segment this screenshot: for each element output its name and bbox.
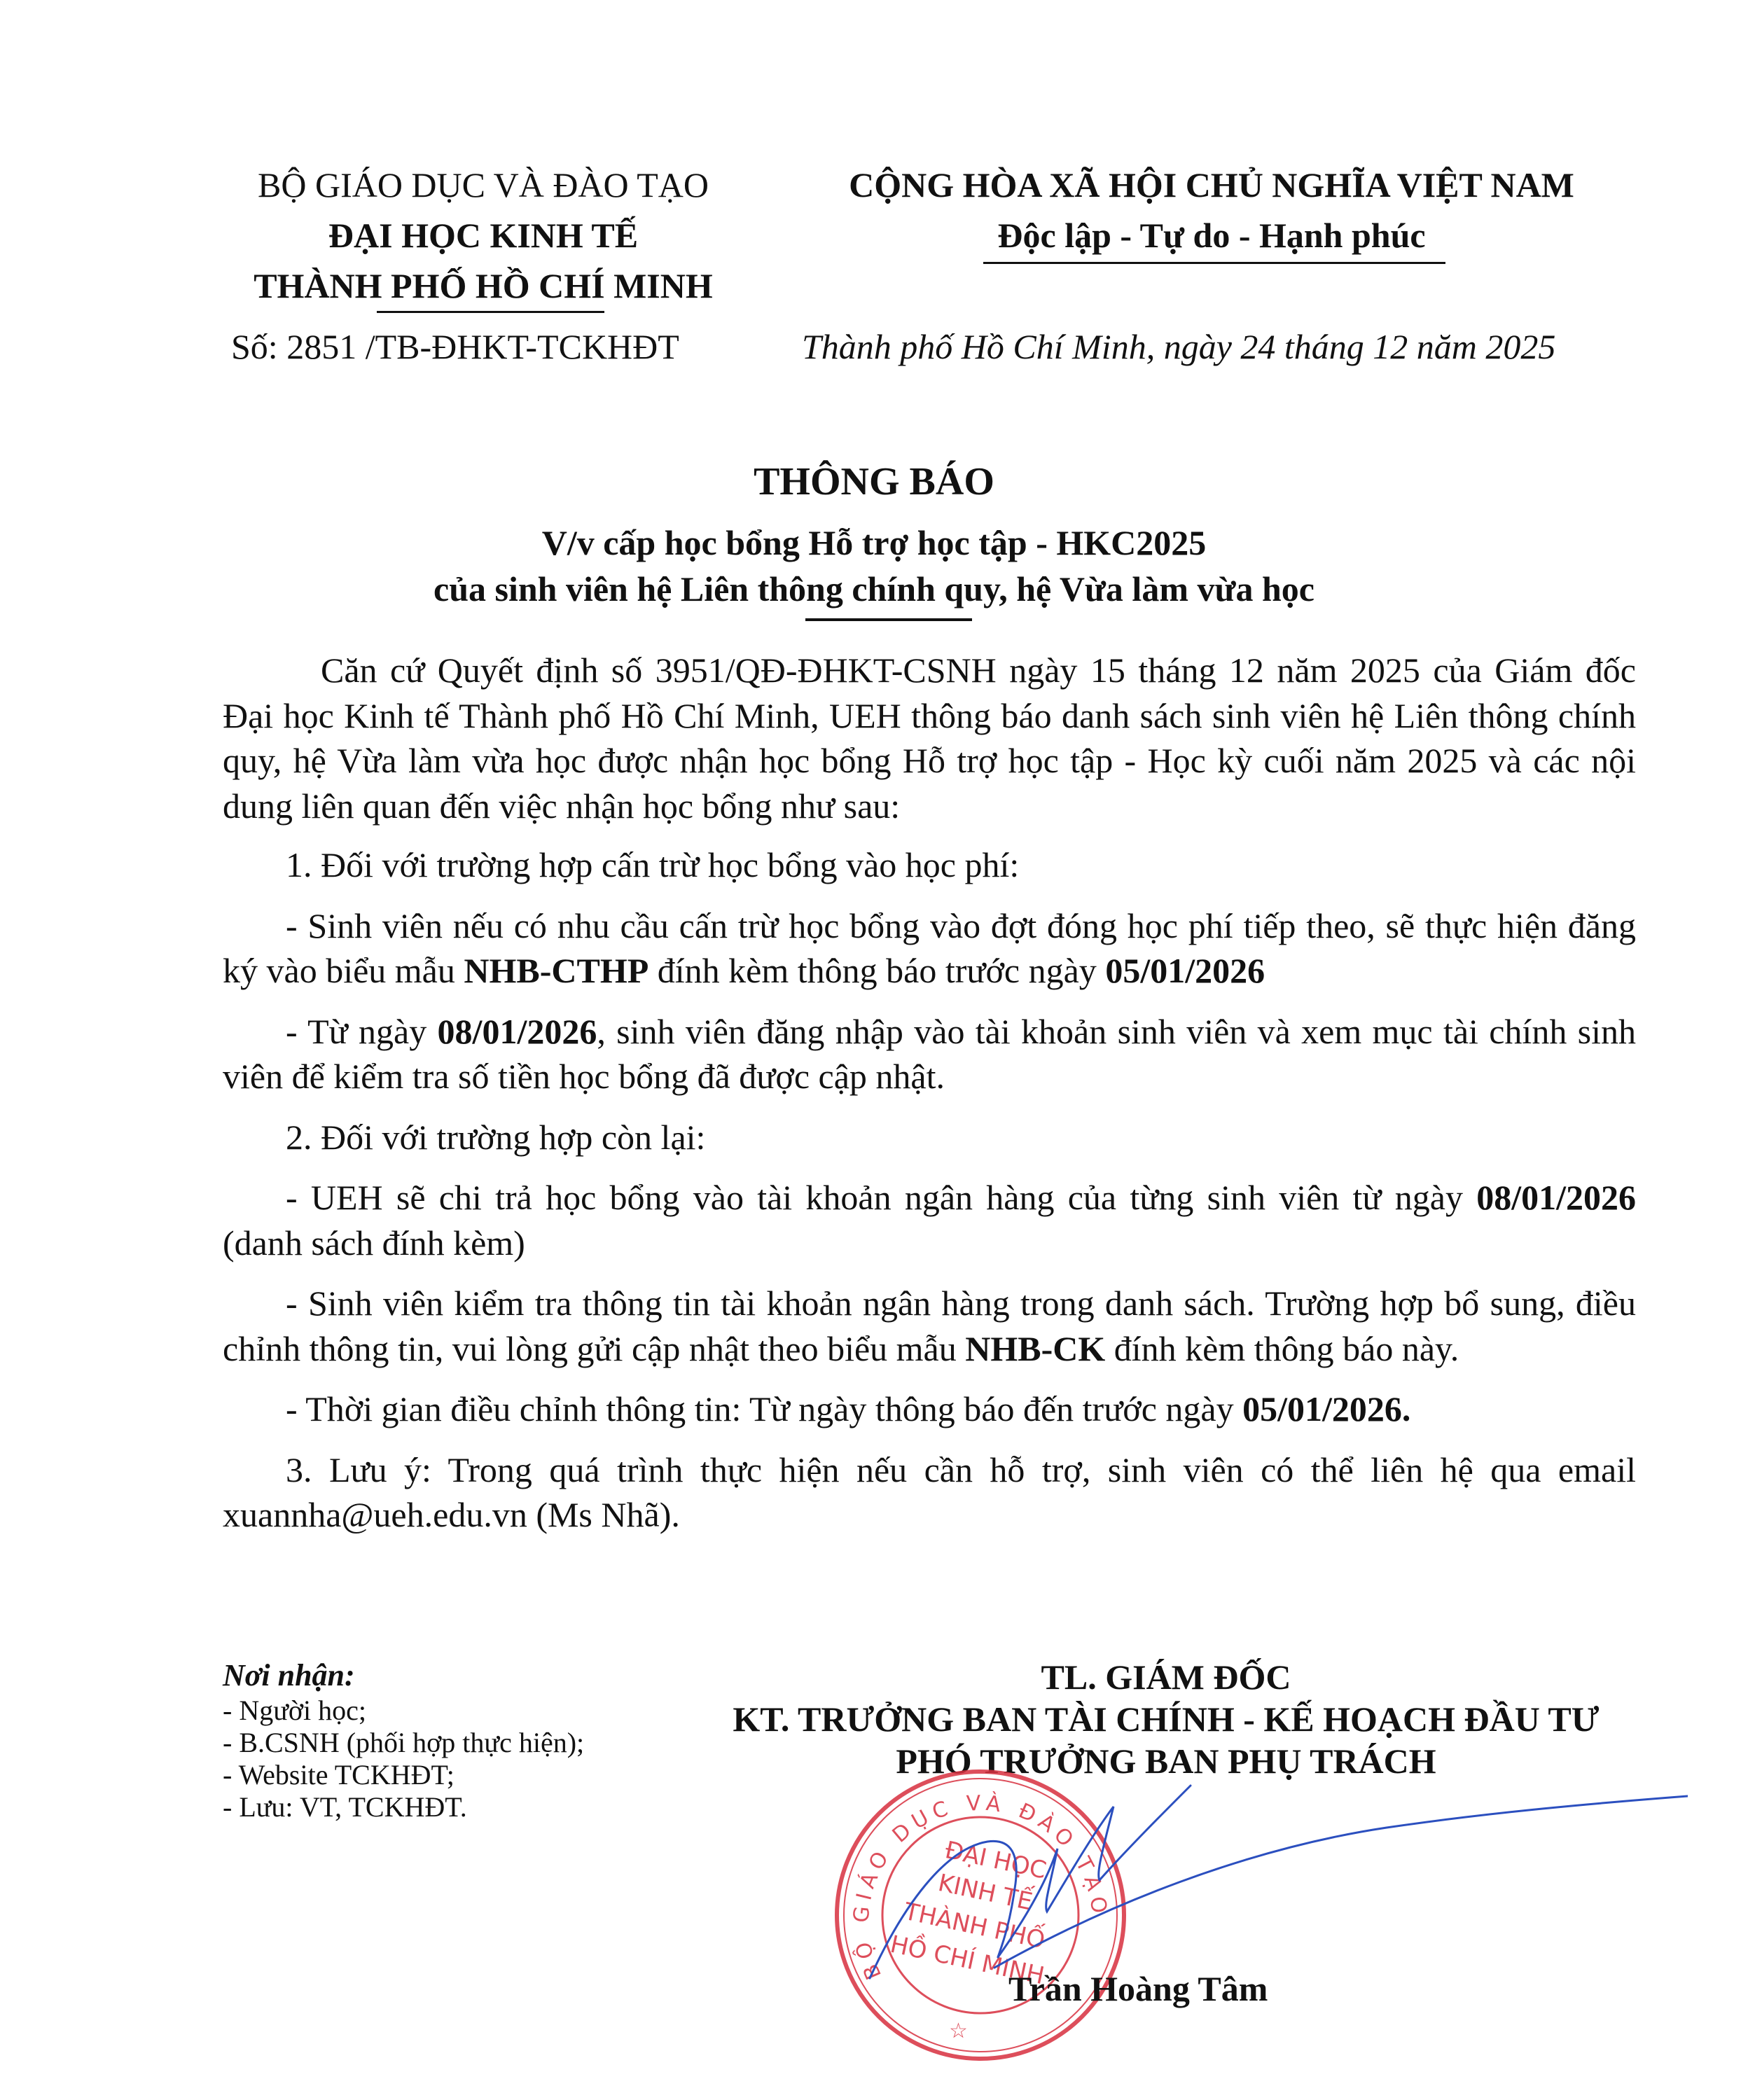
recipients-block: Nơi nhận: - Người học; - B.CSNH (phối hợ… [223,1660,584,1823]
subject-underline [805,618,972,621]
stamp-star-icon: ☆ [949,2019,968,2043]
signature-line-1: TL. GIÁM ĐỐC [658,1656,1674,1698]
university-name-line1: ĐẠI HỌC KINH TẾ [210,210,756,260]
recipients-heading: Nơi nhận: [223,1660,584,1692]
section-3-note: 3. Lưu ý: Trong quá trình thực hiện nếu … [223,1447,1636,1538]
section-1-bullet-1: - Sinh viên nếu có nhu cầu cấn trừ học b… [223,903,1636,994]
section-2-bullet-2: - Sinh viên kiểm tra thông tin tài khoản… [223,1281,1636,1371]
document-title: THÔNG BÁO [0,454,1748,510]
issuing-agency-block: BỘ GIÁO DỤC VÀ ĐÀO TẠO ĐẠI HỌC KINH TẾ T… [210,160,756,313]
contact-email-link[interactable]: xuannha@ueh.edu.vn [223,1495,527,1534]
recipient-item: - Người học; [223,1695,584,1727]
section-1-heading: 1. Đối với trường hợp cấn trừ học bổng v… [223,842,1636,888]
motto-underline [983,262,1445,264]
subject-line-1: V/v cấp học bổng Hỗ trợ học tập - HKC202… [0,520,1748,566]
agency-underline [377,311,604,313]
place-and-date: Thành phố Hồ Chí Minh, ngày 24 tháng 12 … [802,324,1555,370]
section-2-bullet-1: - UEH sẽ chi trả học bổng vào tài khoản … [223,1175,1636,1265]
adjustment-deadline: 05/01/2026. [1242,1389,1410,1428]
subject-line-2: của sinh viên hệ Liên thông chính quy, h… [0,566,1748,612]
start-date: 08/01/2026 [438,1012,597,1051]
intro-paragraph: Căn cứ Quyết định số 3951/QĐ-ĐHKT-CSNH n… [223,648,1636,828]
form-code-nhb-ck: NHB-CK [965,1329,1105,1368]
recipient-item: - B.CSNH (phối hợp thực hiện); [223,1727,584,1759]
signature-line-2: KT. TRƯỞNG BAN TÀI CHÍNH - KẾ HOẠCH ĐẦU … [658,1698,1674,1740]
country-name: CỘNG HÒA XÃ HỘI CHỦ NGHĨA VIỆT NAM [798,160,1625,210]
recipient-item: - Lưu: VT, TCKHĐT. [223,1791,584,1823]
signer-name: Trần Hoàng Tâm [1008,1968,1268,2010]
national-title-block: CỘNG HÒA XÃ HỘI CHỦ NGHĨA VIỆT NAM Độc l… [798,160,1625,264]
signature-title-block: TL. GIÁM ĐỐC KT. TRƯỞNG BAN TÀI CHÍNH - … [658,1656,1674,1782]
deadline-date: 05/01/2026 [1105,951,1265,990]
handwritten-signature-icon [826,1765,1688,1996]
document-number: Số: 2851 /TB-ĐHKT-TCKHĐT [231,324,679,370]
document-subject: V/v cấp học bổng Hỗ trợ học tập - HKC202… [0,520,1748,612]
recipient-item: - Website TCKHĐT; [223,1759,584,1791]
university-name-line2: THÀNH PHỐ HỒ CHÍ MINH [210,260,756,311]
payment-date: 08/01/2026 [1476,1178,1636,1217]
ministry-name: BỘ GIÁO DỤC VÀ ĐÀO TẠO [210,160,756,210]
document-body: Căn cứ Quyết định số 3951/QĐ-ĐHKT-CSNH n… [223,648,1636,1553]
national-motto: Độc lập - Tự do - Hạnh phúc [798,210,1625,260]
form-code-nhb-cthp: NHB-CTHP [464,951,648,990]
section-1-bullet-2: - Từ ngày 08/01/2026, sinh viên đăng nhậ… [223,1009,1636,1099]
section-2-heading: 2. Đối với trường hợp còn lại: [223,1115,1636,1160]
section-2-bullet-3: - Thời gian điều chỉnh thông tin: Từ ngà… [223,1386,1636,1432]
